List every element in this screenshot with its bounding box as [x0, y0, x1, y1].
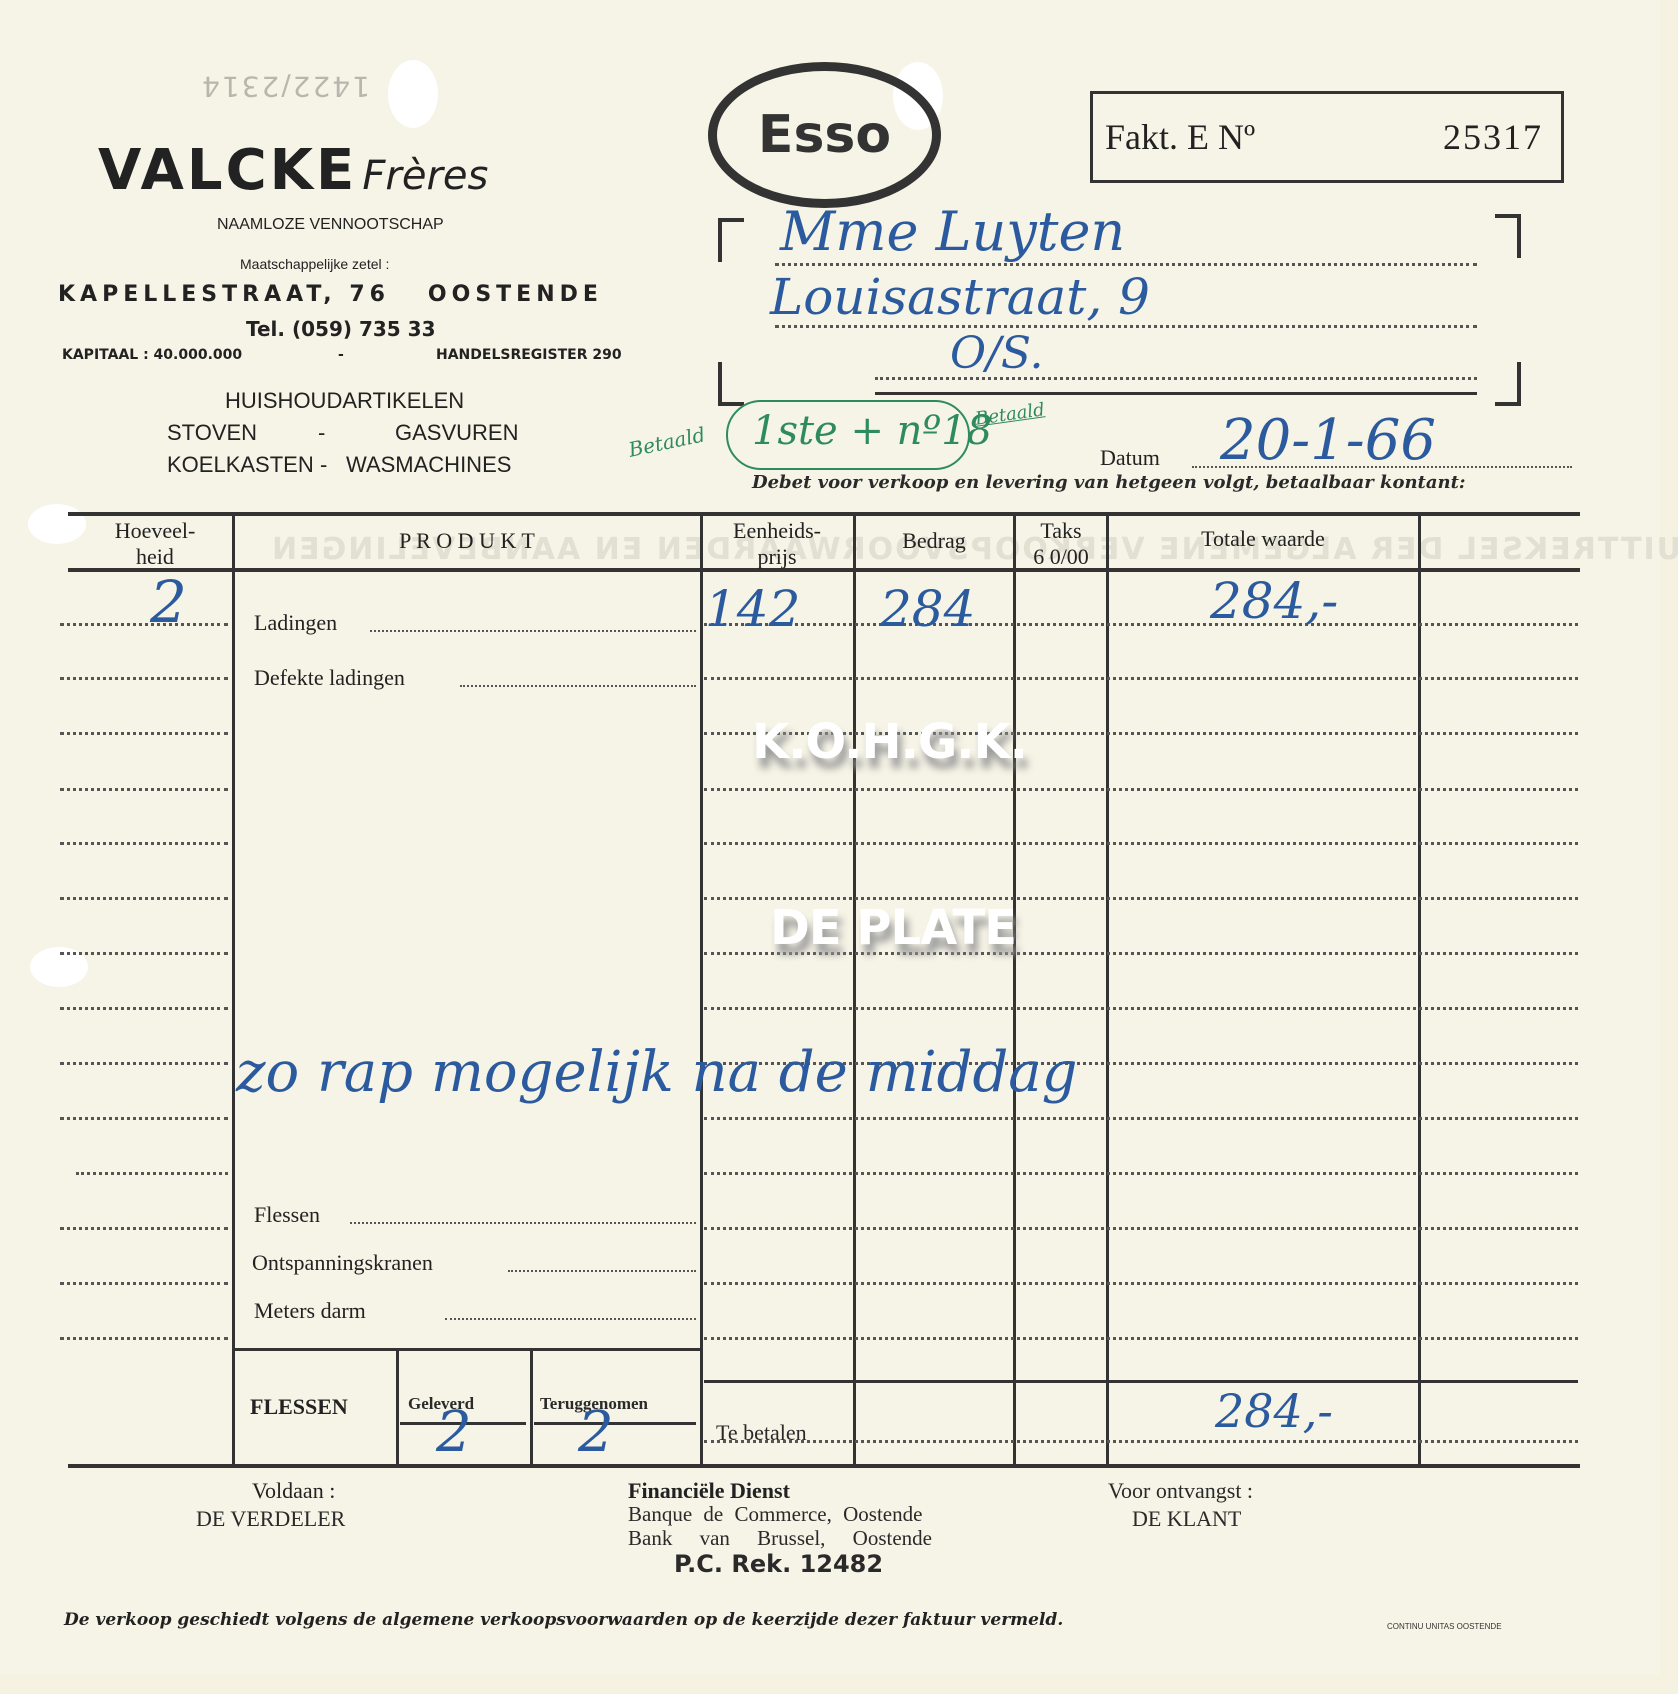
- row-label-meters-darm: Meters darm: [254, 1298, 366, 1324]
- address-bracket-bl: [718, 362, 744, 406]
- watermark-line1: K.O.H.G.K.: [752, 714, 1027, 770]
- delivered-value: 2: [436, 1400, 472, 1465]
- company-phone: Tel. (059) 735 33: [246, 317, 436, 341]
- paid-annotation-left: Betaald: [626, 422, 707, 462]
- seat-label: Maatschappelijke zetel :: [240, 256, 389, 272]
- header-quantity: Hoeveel- heid: [80, 518, 230, 570]
- total-ladingen: 284,-: [1210, 572, 1338, 630]
- dot-leader: [350, 1222, 696, 1224]
- header-unit-price-line2: prijs: [702, 544, 852, 570]
- row-label-ladingen: Ladingen: [254, 610, 337, 636]
- row-line: [60, 1117, 228, 1120]
- dot-leader: [370, 630, 696, 632]
- company-name: VALCKE: [98, 138, 357, 203]
- row-line: [704, 842, 1578, 845]
- returned-value: 2: [578, 1400, 614, 1465]
- subtotal-line: [704, 1380, 1578, 1383]
- invoice-document: 1422/2314 VALCKE Frères NAAMLOZE VENNOOT…: [0, 0, 1660, 1675]
- row-line: [704, 677, 1578, 680]
- postal-account: P.C. Rek. 12482: [674, 1550, 883, 1578]
- header-tax-line2: 6 0/00: [1016, 544, 1106, 570]
- table-top-border: [68, 512, 1580, 516]
- row-line: [60, 1282, 228, 1285]
- row-line: [60, 788, 228, 791]
- dot-leader: [445, 1318, 696, 1320]
- row-line: [704, 1172, 1578, 1175]
- bank-line-1: Banque de Commerce, Oostende: [628, 1502, 922, 1527]
- returned-line: [534, 1422, 696, 1425]
- amount-ladingen: 284: [880, 580, 975, 638]
- dot-leader: [508, 1270, 696, 1272]
- row-line: [60, 1337, 228, 1340]
- recipient-street: Louisastraat, 9: [770, 268, 1150, 326]
- finance-title: Financiële Dienst: [628, 1478, 790, 1504]
- row-line: [60, 1007, 228, 1010]
- esso-logo-text: Esso: [758, 105, 891, 165]
- row-line: [76, 1172, 228, 1175]
- column-divider: [1418, 512, 1421, 1467]
- table-bottom-border: [68, 1464, 1580, 1468]
- bottles-divider: [530, 1350, 533, 1466]
- date-value: 20-1-66: [1220, 408, 1436, 473]
- header-quantity-line2: heid: [80, 544, 230, 570]
- row-line: [704, 1227, 1578, 1230]
- address-bracket-br: [1495, 362, 1521, 406]
- header-quantity-line1: Hoeveel-: [80, 518, 230, 544]
- goods-separator: -: [320, 452, 327, 478]
- row-line: [704, 1282, 1578, 1285]
- bottles-label: FLESSEN: [250, 1394, 348, 1420]
- debet-statement: Debet voor verkoop en levering van hetge…: [752, 472, 1466, 493]
- header-tax: Taks 6 0/00: [1016, 518, 1106, 570]
- legal-form: NAAMLOZE VENNOOTSCHAP: [217, 216, 444, 234]
- row-line: [60, 1227, 228, 1230]
- row-label-defekte-ladingen: Defekte ladingen: [254, 665, 405, 691]
- paid-label: Voldaan :: [252, 1478, 335, 1504]
- esso-logo: Esso: [708, 62, 941, 208]
- punch-hole: [388, 60, 438, 128]
- printer-imprint: CONTINU UNITAS OOSTENDE: [1387, 1622, 1502, 1631]
- separator: -: [338, 347, 344, 363]
- goods-item: WASMACHINES: [346, 452, 511, 478]
- to-pay-line: [704, 1440, 1578, 1443]
- row-line: [704, 1337, 1578, 1340]
- company-suffix: Frères: [362, 153, 488, 199]
- row-line: [704, 623, 1578, 626]
- column-divider: [853, 512, 856, 1467]
- goods-separator: -: [318, 420, 325, 446]
- unit-price-ladingen: 142: [705, 580, 800, 638]
- bottles-top-line: [232, 1348, 700, 1351]
- date-label: Datum: [1100, 445, 1160, 471]
- to-pay-label: Te betalen: [716, 1420, 807, 1446]
- header-amount: Bedrag: [856, 528, 1012, 554]
- annotation-reference: 1ste + nº18: [752, 408, 992, 454]
- pencil-note: 1422/2314: [200, 70, 370, 103]
- row-line: [60, 897, 228, 900]
- column-divider: [700, 512, 703, 1467]
- invoice-number: 25317: [1443, 116, 1543, 158]
- invoice-number-box: Fakt. E Nº 25317: [1090, 91, 1564, 183]
- row-line: [60, 952, 228, 955]
- row-line: [60, 677, 228, 680]
- row-line: [60, 732, 228, 735]
- address-bracket-tr: [1495, 214, 1521, 258]
- quantity-ladingen: 2: [150, 568, 187, 636]
- column-divider: [1013, 512, 1016, 1467]
- row-line: [704, 1117, 1578, 1120]
- invoice-label: Fakt. E Nº: [1105, 116, 1255, 158]
- distributor-label: DE VERDELER: [196, 1506, 345, 1532]
- terms-footer: De verkoop geschiedt volgens de algemene…: [64, 1610, 1063, 1630]
- punch-hole: [28, 504, 86, 544]
- paid-annotation-right: Betaald: [974, 399, 1046, 430]
- watermark-line2: DE PLATE: [770, 900, 1016, 956]
- address-line: [775, 263, 1477, 266]
- goods-item: KOELKASTEN: [167, 452, 314, 478]
- header-tax-line1: Taks: [1016, 518, 1106, 544]
- row-line: [60, 842, 228, 845]
- row-line: [60, 1062, 228, 1065]
- bottles-divider: [396, 1350, 399, 1466]
- to-pay-value: 284,-: [1215, 1384, 1333, 1438]
- header-total: Totale waarde: [1108, 526, 1418, 552]
- trade-register: HANDELSREGISTER 290: [436, 347, 622, 363]
- capital: KAPITAAL : 40.000.000: [62, 347, 242, 363]
- client-label: DE KLANT: [1132, 1506, 1241, 1532]
- goods-item: STOVEN: [167, 420, 257, 446]
- row-line: [60, 623, 228, 626]
- column-divider: [1106, 512, 1109, 1467]
- header-unit-price: Eenheids- prijs: [702, 518, 852, 570]
- goods-title: HUISHOUDARTIKELEN: [225, 388, 464, 414]
- address-underline: [875, 392, 1477, 395]
- bank-line-2: Bank van Brussel, Oostende: [628, 1526, 932, 1551]
- column-divider: [232, 512, 235, 1467]
- header-product: P R O D U K T: [236, 528, 698, 554]
- company-address: KAPELLESTRAAT, 76 OOSTENDE: [58, 282, 603, 307]
- row-line: [704, 1007, 1578, 1010]
- row-label-flessen: Flessen: [254, 1202, 320, 1228]
- received-label: Voor ontvangst :: [1108, 1478, 1253, 1504]
- address-bracket-tl: [718, 218, 744, 262]
- row-label-ontspanningskranen: Ontspanningskranen: [252, 1250, 433, 1276]
- company-name-block: VALCKE Frères: [98, 138, 488, 203]
- handwritten-note: zo rap mogelijk na de middag: [236, 1040, 1078, 1105]
- dot-leader: [460, 685, 696, 687]
- recipient-name: Mme Luyten: [780, 200, 1125, 263]
- row-line: [704, 788, 1578, 791]
- header-unit-price-line1: Eenheids-: [702, 518, 852, 544]
- goods-item: GASVUREN: [395, 420, 518, 446]
- recipient-city: O/S.: [950, 328, 1043, 379]
